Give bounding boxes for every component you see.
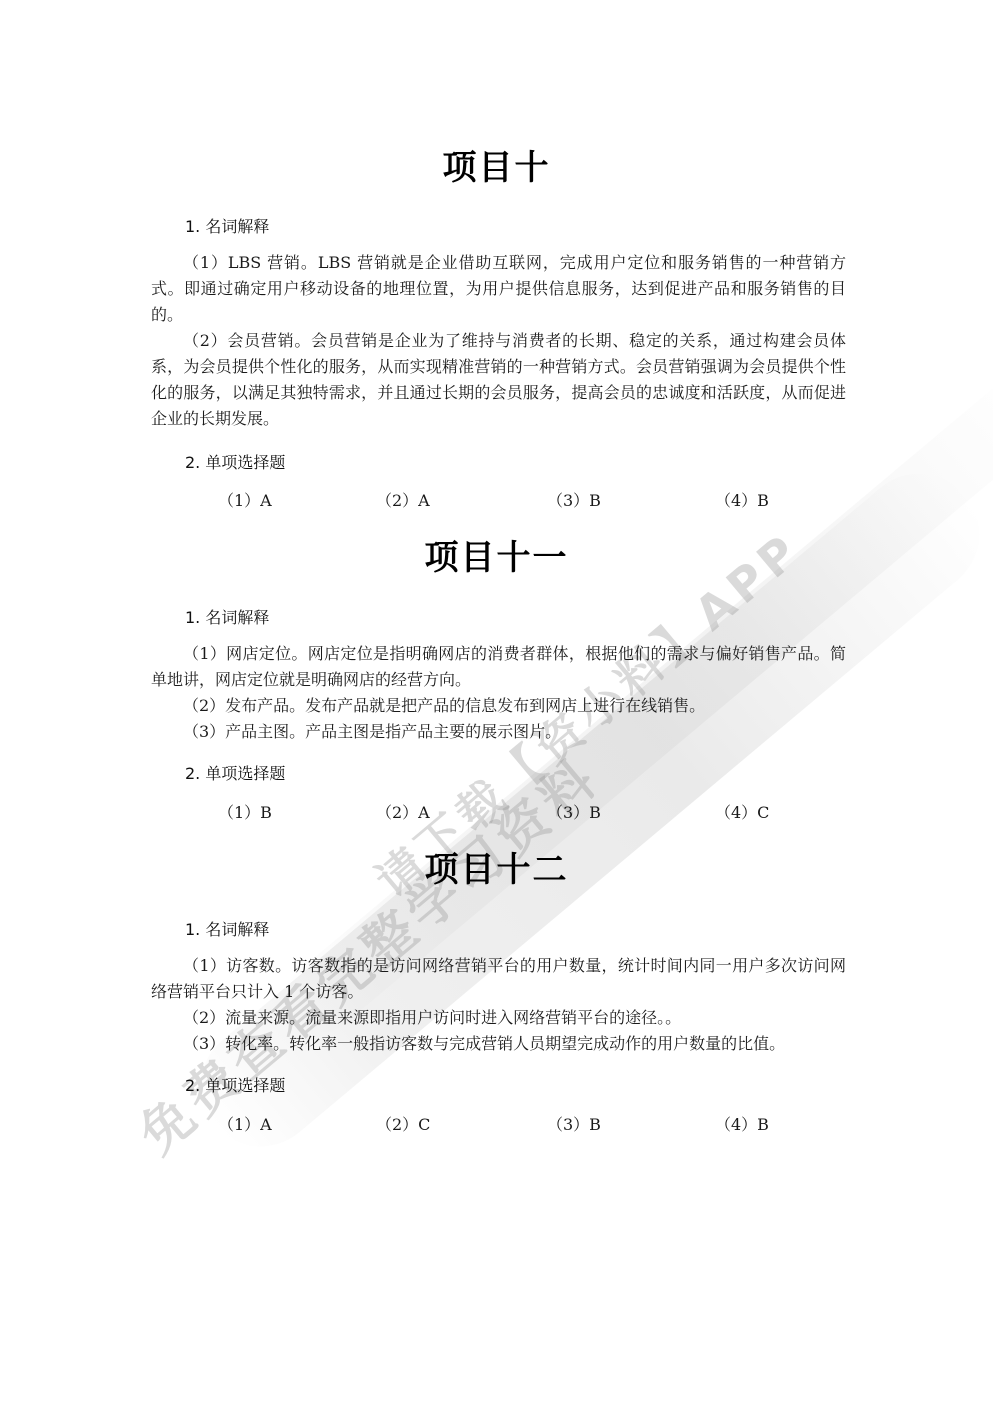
terms-heading-project-10: 1. 名词解释: [185, 214, 269, 237]
section-title-project-12: 项目十二: [0, 842, 993, 891]
document-page: 免费查看完整学习资料 请下载【资小料】APP 项目十 1. 名词解释 （1）LB…: [0, 0, 993, 1404]
term-visitor-count: （1）访客数。访客数指的是访问网络营销平台的用户数量，统计时间内同一用户多次访问…: [151, 953, 846, 1005]
choice-heading-project-10: 2. 单项选择题: [185, 450, 285, 473]
choice-heading-project-11: 2. 单项选择题: [185, 761, 285, 784]
answer-item: （2）A: [376, 800, 430, 823]
answer-item: （3）B: [547, 800, 601, 823]
term-conversion-rate: （3）转化率。转化率一般指访客数与完成营销人员期望完成动作的用户数量的比值。: [151, 1031, 846, 1057]
answers-project-11: （1）B （2）A （3）B （4）C: [218, 800, 818, 824]
section-title-project-11: 项目十一: [0, 530, 993, 579]
answer-item: （1）A: [218, 488, 272, 511]
term-lbs-marketing: （1）LBS 营销。LBS 营销就是企业借助互联网，完成用户定位和服务销售的一种…: [151, 250, 846, 328]
answer-item: （4）B: [715, 488, 769, 511]
answer-item: （4）C: [715, 800, 769, 823]
answer-item: （3）B: [547, 1112, 601, 1135]
answers-project-12: （1）A （2）C （3）B （4）B: [218, 1112, 818, 1136]
term-traffic-source: （2）流量来源。流量来源即指用户访问时进入网络营销平台的途径。。: [151, 1005, 846, 1031]
answer-item: （4）B: [715, 1112, 769, 1135]
choice-heading-project-12: 2. 单项选择题: [185, 1073, 285, 1096]
term-member-marketing: （2）会员营销。会员营销是企业为了维持与消费者的长期、稳定的关系，通过构建会员体…: [151, 328, 846, 432]
answer-item: （3）B: [547, 488, 601, 511]
terms-heading-project-11: 1. 名词解释: [185, 605, 269, 628]
answer-item: （1）A: [218, 1112, 272, 1135]
answer-item: （2）A: [376, 488, 430, 511]
answer-item: （1）B: [218, 800, 272, 823]
answer-item: （2）C: [376, 1112, 430, 1135]
term-store-positioning: （1）网店定位。网店定位是指明确网店的消费者群体，根据他们的需求与偏好销售产品。…: [151, 641, 846, 693]
term-main-product-image: （3）产品主图。产品主图是指产品主要的展示图片。: [151, 719, 846, 745]
answers-project-10: （1）A （2）A （3）B （4）B: [218, 488, 818, 512]
term-publish-product: （2）发布产品。发布产品就是把产品的信息发布到网店上进行在线销售。: [151, 693, 846, 719]
section-title-project-10: 项目十: [0, 140, 993, 189]
terms-heading-project-12: 1. 名词解释: [185, 917, 269, 940]
